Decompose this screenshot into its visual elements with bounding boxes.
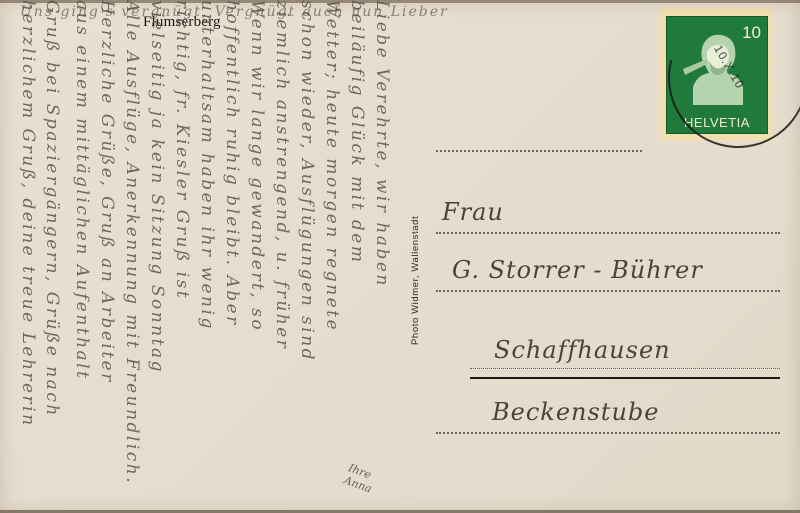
message-line: ziemlich anstrengend, u. früher — [272, 0, 292, 350]
address-recipient-title: Frau — [442, 198, 504, 226]
message-line: Wenn wir lange gewandert, so — [247, 0, 267, 332]
address-dotted-line-4 — [436, 432, 780, 434]
message-line: Herzliche Grüße, Gruß an Arbeiter — [97, 0, 117, 384]
message-line: hoffentlich ruhig bleibt. Aber — [222, 0, 242, 327]
message-line: Gruß bei Spaziergängern, Grüße nach — [42, 0, 62, 418]
message-line: Alle Ausflüge, Anerkennung mit Freundlic… — [122, 0, 142, 485]
message-line: Wetter; heute morgen regnete — [322, 0, 342, 332]
photo-credit: Photo Widmer, Wallenstadt — [410, 216, 421, 345]
address-city-underline — [470, 377, 780, 379]
message-line: Liebe Verehrte, wir haben — [372, 0, 392, 288]
address-recipient-name: G. Storrer - Bührer — [452, 256, 703, 284]
address-dotted-line-top — [436, 150, 642, 152]
message-line: schon wieder, Ausflügungen sind — [297, 0, 317, 362]
message-line: richtig, fr. Kiesler Gruß ist — [172, 0, 192, 300]
address-city: Schaffhausen — [494, 336, 671, 364]
message-line: beiläufig Glück mit dem — [347, 0, 367, 264]
address-dotted-line-2 — [436, 290, 780, 292]
address-dotted-line-3 — [470, 368, 780, 369]
message-line: herzlichem Gruß, deine treue Lehrerin — [18, 0, 38, 428]
message-line: unterhaltsam haben ihr wenig — [197, 0, 217, 331]
postcard-back: Uns ging's vergnügt, Vergnügt auch nun L… — [0, 0, 800, 513]
address-dotted-line-1 — [436, 232, 780, 234]
handwritten-message: Liebe Verehrte, wir haben beiläufig Glüc… — [0, 0, 400, 513]
address-street: Beckenstube — [492, 398, 659, 426]
message-line: aus einem mittäglichen Aufenthalt — [72, 0, 92, 380]
message-line: vielseitig ja kein Sitzung Sonntag — [147, 0, 167, 374]
signature: Ihre Anna — [342, 461, 403, 504]
